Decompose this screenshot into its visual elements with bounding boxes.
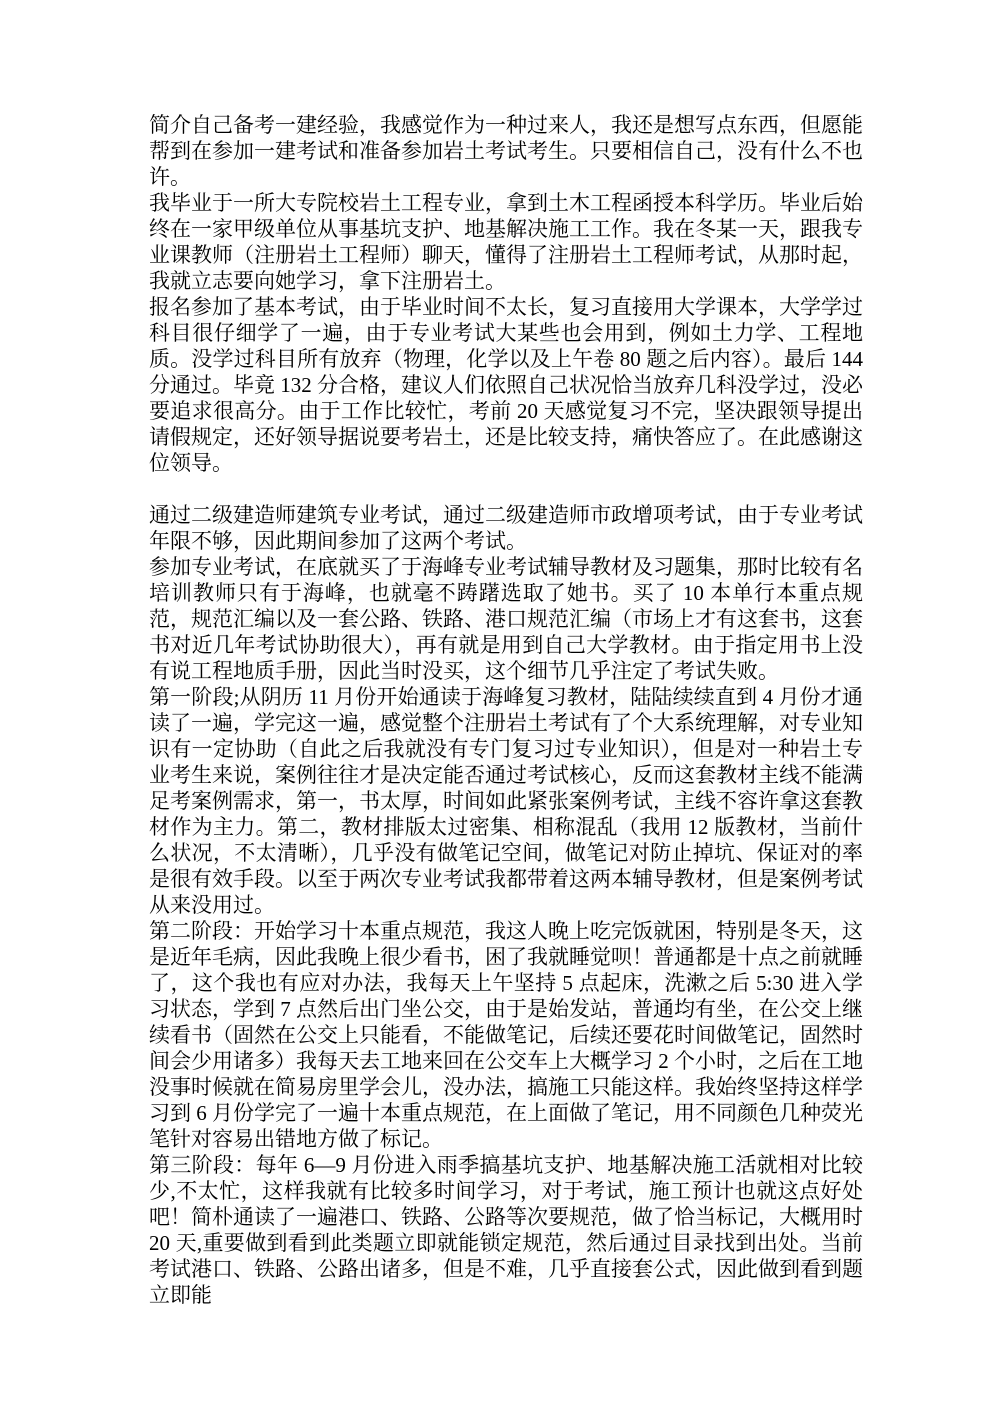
- paragraph: 第二阶段：开始学习十本重点规范，我这人晚上吃完饭就困，特别是冬天，这是近年毛病，…: [149, 918, 863, 1152]
- paragraph: 通过二级建造师建筑专业考试，通过二级建造师市政增项考试，由于专业考试年限不够，因…: [149, 502, 863, 554]
- paragraph: 第一阶段;从阴历 11 月份开始通读于海峰复习教材，陆陆续续直到 4 月份才通读…: [149, 684, 863, 918]
- paragraph: 我毕业于一所大专院校岩土工程专业，拿到土木工程函授本科学历。毕业后始终在一家甲级…: [149, 190, 863, 294]
- paragraph: [149, 476, 863, 502]
- document-body: 简介自己备考一建经验，我感觉作为一种过来人，我还是想写点东西，但愿能帮到在参加一…: [149, 112, 863, 1308]
- document-page: 简介自己备考一建经验，我感觉作为一种过来人，我还是想写点东西，但愿能帮到在参加一…: [0, 0, 993, 1404]
- paragraph: 报名参加了基本考试，由于毕业时间不太长，复习直接用大学课本，大学学过科目很仔细学…: [149, 294, 863, 476]
- paragraph: 简介自己备考一建经验，我感觉作为一种过来人，我还是想写点东西，但愿能帮到在参加一…: [149, 112, 863, 190]
- paragraph: 参加专业考试，在底就买了于海峰专业考试辅导教材及习题集，那时比较有名培训教师只有…: [149, 554, 863, 684]
- paragraph: 第三阶段：每年 6—9 月份进入雨季搞基坑支护、地基解决施工活就相对比较少,不太…: [149, 1152, 863, 1308]
